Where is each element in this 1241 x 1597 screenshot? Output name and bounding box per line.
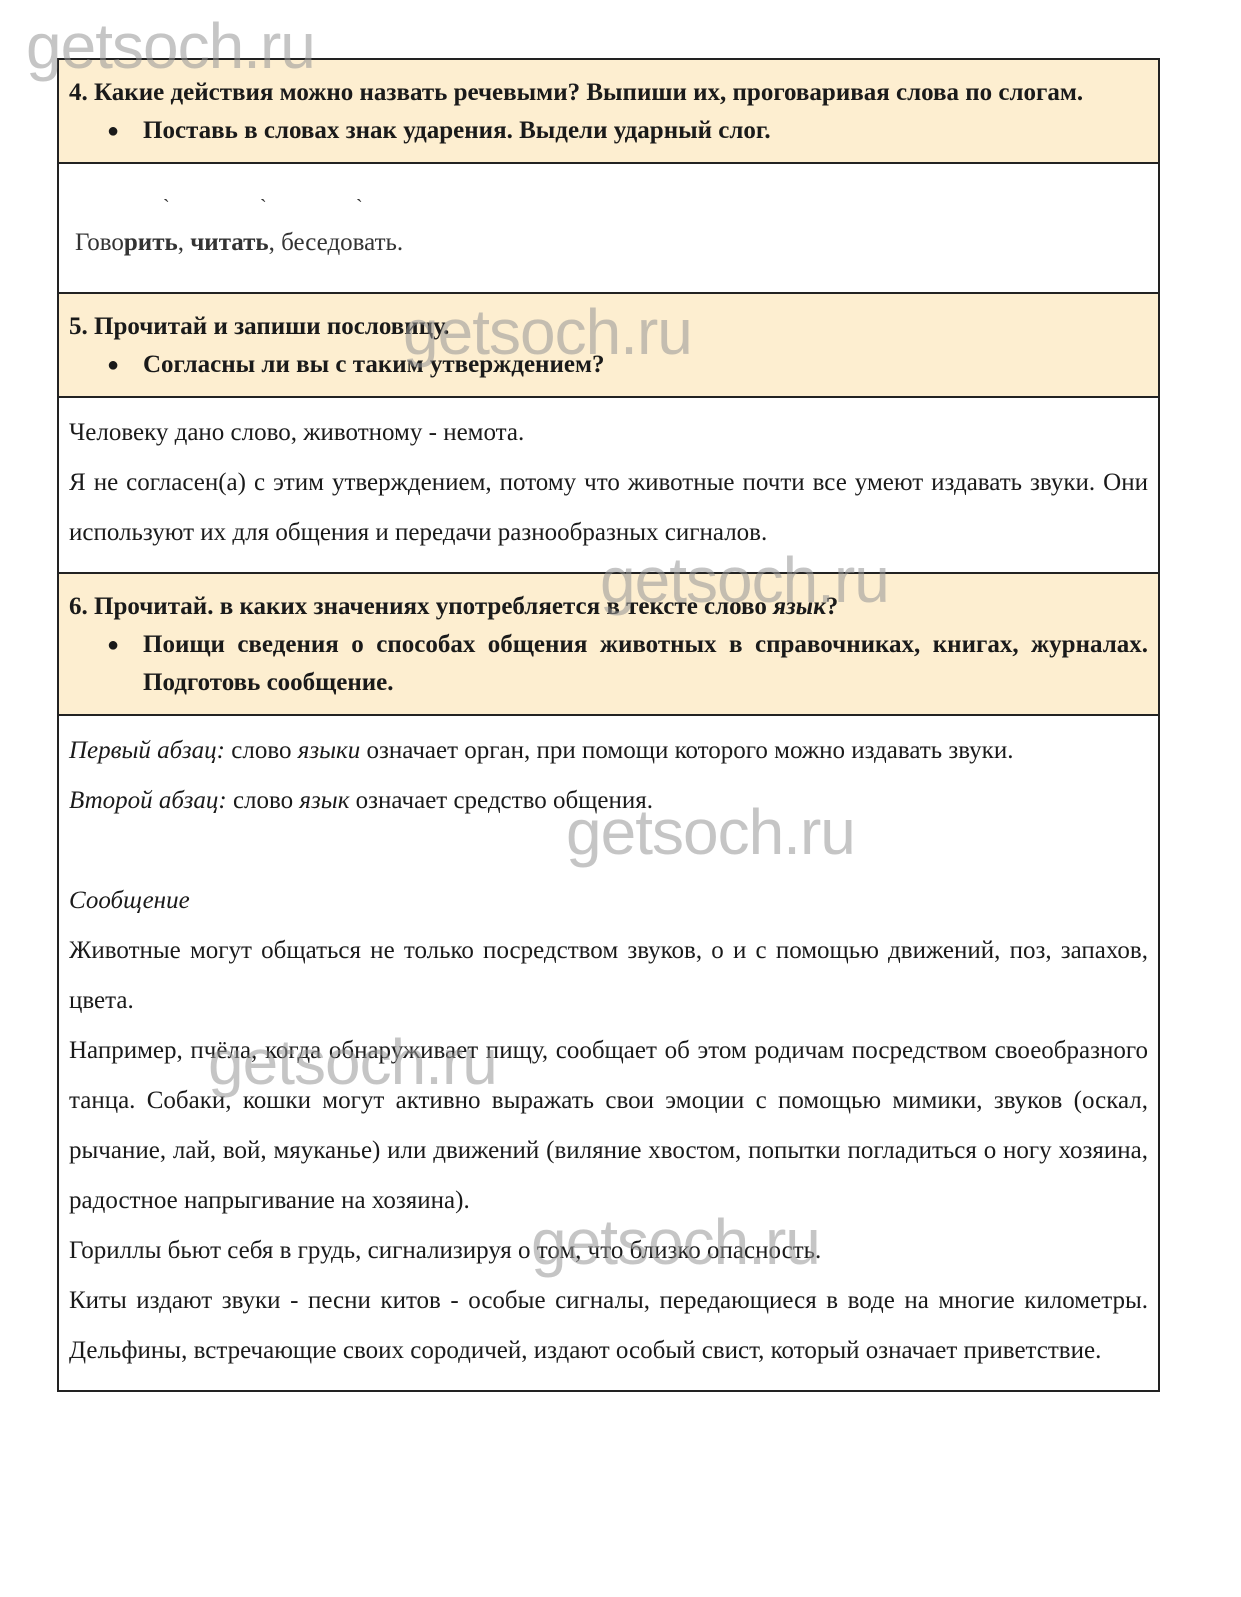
question-keyword: язык <box>773 593 826 620</box>
paragraph-1-meaning: Первый абзац: слово языки означает орган… <box>69 726 1148 776</box>
question-text: Прочитай и запиши пословицу. <box>94 313 449 340</box>
keyword: языки <box>298 737 361 764</box>
task-number: 4. <box>69 79 88 106</box>
message-title: Сообщение <box>69 887 190 914</box>
word-part: довать <box>327 229 396 256</box>
message-paragraph: Животные могут общаться не только посред… <box>69 926 1148 1026</box>
question-subtask: Согласны ли вы с таким утверждением? <box>143 346 1148 384</box>
question-text: Прочитай. в каких значениях употребляетс… <box>94 593 773 620</box>
task-6-answer: Первый абзац: слово языки означает орган… <box>59 716 1158 1390</box>
stressed-part: рить <box>124 229 178 256</box>
question-text: Какие действия можно назвать речевыми? В… <box>94 79 1083 106</box>
text: слово <box>225 737 298 764</box>
task-6-question: 6. Прочитай. в каких значениях употребля… <box>59 574 1158 716</box>
text: означает орган, при помощи которого можн… <box>360 737 1013 764</box>
question-subtask: Поищи сведения о способах общения животн… <box>143 626 1148 702</box>
message-paragraph: Киты издают звуки - песни китов - особые… <box>69 1276 1148 1376</box>
bullet-icon: ● <box>107 112 143 150</box>
word-part: бесе <box>281 229 327 256</box>
bullet-icon: ● <box>107 346 143 384</box>
task-4-question: 4. Какие действия можно назвать речевыми… <box>59 60 1158 164</box>
paragraph-2-meaning: Второй абзац: слово язык означает средст… <box>69 776 1148 826</box>
keyword: язык <box>299 787 349 814</box>
message-paragraph: Гориллы бьют себя в грудь, сигнализируя … <box>69 1226 1148 1276</box>
stressed-part: читать <box>190 229 268 256</box>
separator: , <box>178 229 191 256</box>
opinion: Я не согласен(а) с этим утверждением, по… <box>69 458 1148 558</box>
bullet-icon: ● <box>107 626 143 702</box>
question-subtask: Поставь в словах знак ударения. Выдели у… <box>143 112 1148 150</box>
text: означает средство общения. <box>349 787 653 814</box>
stressed-words: Говорить, читать, беседовать. <box>75 218 403 268</box>
task-number: 5. <box>69 313 88 340</box>
word-part: Гово <box>75 229 124 256</box>
task-5-answer: Человеку дано слово, животному - немота.… <box>59 398 1158 574</box>
text: слово <box>227 787 300 814</box>
label: Второй абзац: <box>69 787 227 814</box>
message-paragraph: Например, пчёла, когда обнаруживает пищу… <box>69 1026 1148 1226</box>
task-5-question: 5. Прочитай и запиши пословицу. ● Соглас… <box>59 294 1158 398</box>
label: Первый абзац: <box>69 737 225 764</box>
worksheet-table: 4. Какие действия можно назвать речевыми… <box>57 58 1160 1392</box>
question-suffix: ? <box>826 593 839 620</box>
task-4-answer: ˋ ˋ ˋ Говорить, читать, беседовать. <box>59 164 1158 294</box>
separator: , <box>269 229 282 256</box>
proverb: Человеку дано слово, животному - немота. <box>69 408 1148 458</box>
task-number: 6. <box>69 593 88 620</box>
separator: . <box>397 229 403 256</box>
